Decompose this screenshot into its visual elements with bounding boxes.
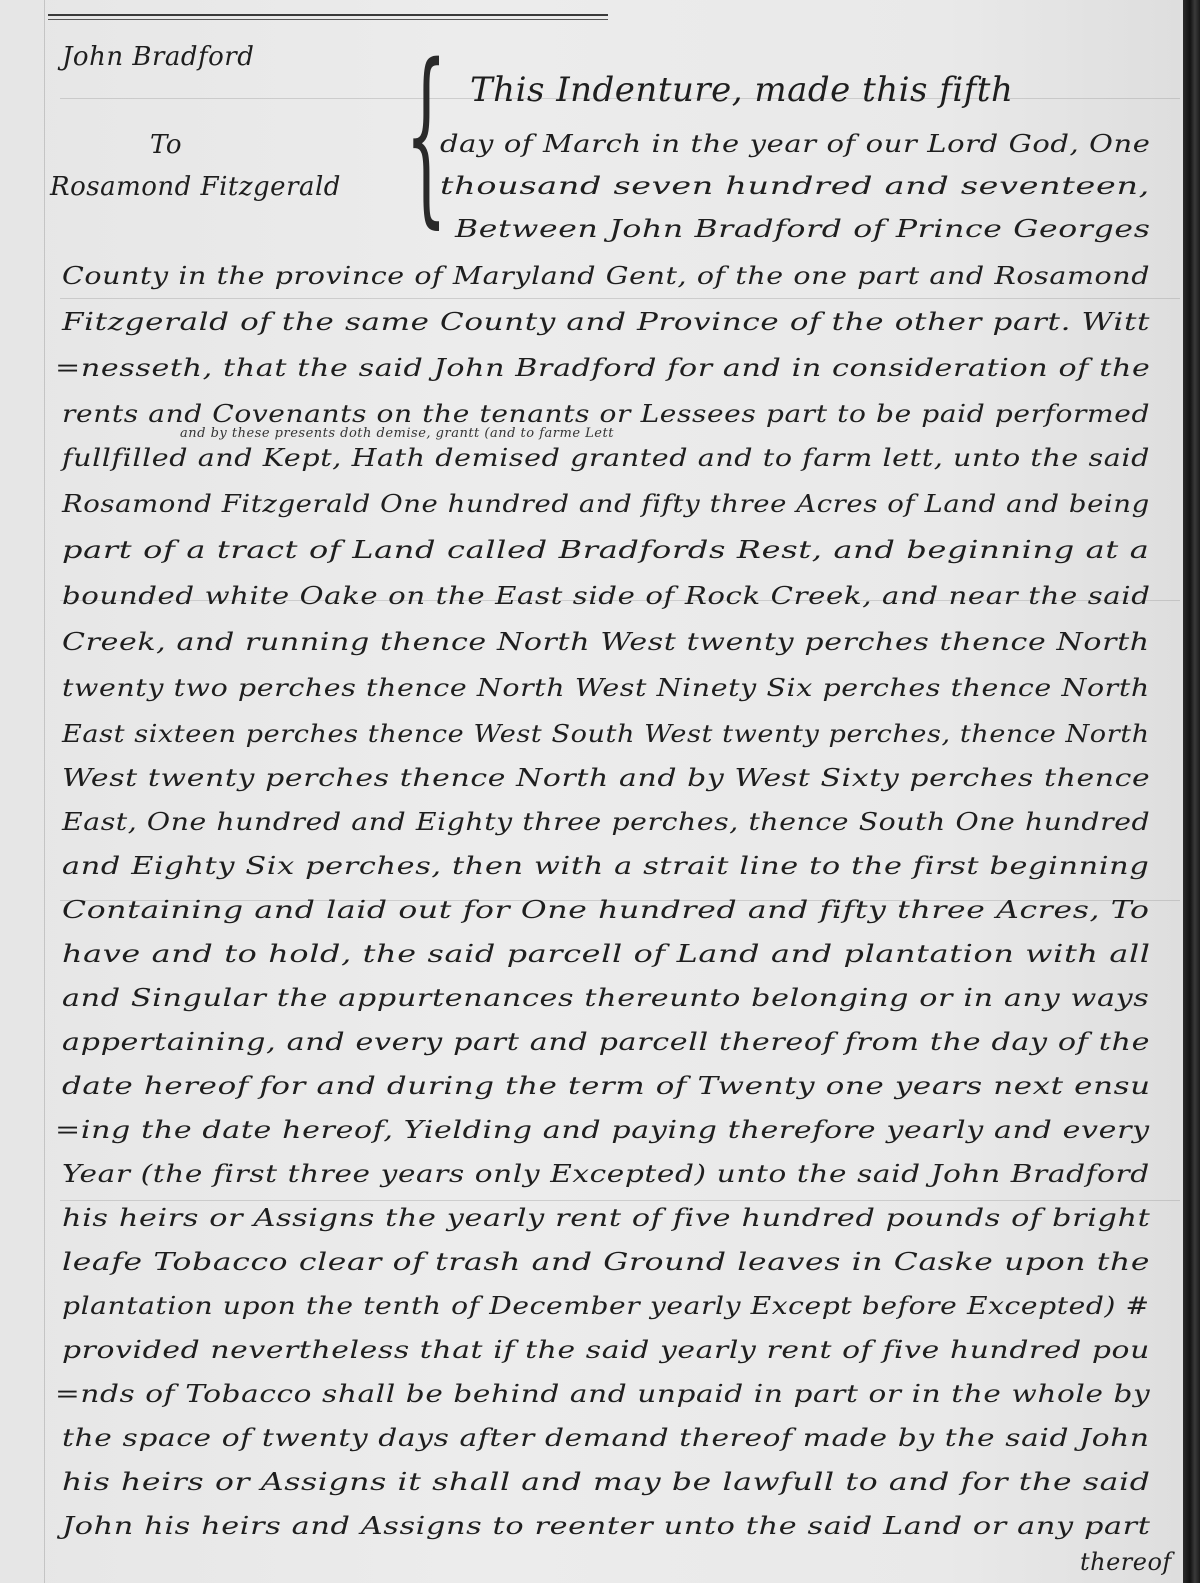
catchword: thereof (1080, 1548, 1172, 1576)
text-line: provided nevertheless that if the said y… (62, 1336, 1150, 1364)
text-line: twenty two perches thence North West Nin… (62, 674, 1150, 702)
text-line: John his heirs and Assigns to reenter un… (62, 1512, 1151, 1540)
manuscript-page: John Bradford To Rosamond Fitzgerald { T… (0, 0, 1183, 1583)
text-line: Year (the first three years only Excepte… (62, 1160, 1150, 1188)
text-line: date hereof for and during the term of T… (62, 1072, 1151, 1100)
text-line: thousand seven hundred and seventeen, (440, 172, 1150, 200)
text-line: =nds of Tobacco shall be behind and unpa… (55, 1380, 1150, 1408)
text-line: his heirs or Assigns the yearly rent of … (62, 1204, 1150, 1232)
text-line: East sixteen perches thence West South W… (62, 720, 1150, 748)
top-double-rule (48, 14, 608, 20)
text-line: day of March in the year of our Lord God… (440, 130, 1151, 158)
text-line: County in the province of Maryland Gent,… (62, 262, 1150, 290)
text-line: bounded white Oake on the East side of R… (62, 582, 1151, 610)
text-line: his heirs or Assigns it shall and may be… (62, 1468, 1150, 1496)
grantee-name: Rosamond Fitzgerald (50, 172, 341, 202)
grantor-name: John Bradford (62, 42, 254, 72)
text-line: rents and Covenants on the tenants or Le… (62, 400, 1150, 428)
text-line: plantation upon the tenth of December ye… (62, 1292, 1150, 1320)
book-binding-edge (1183, 0, 1200, 1583)
text-line: East, One hundred and Eighty three perch… (62, 808, 1150, 836)
text-line: Creek, and running thence North West twe… (62, 628, 1150, 656)
text-line: part of a tract of Land called Bradfords… (62, 536, 1149, 564)
text-line: Rosamond Fitzgerald One hundred and fift… (62, 490, 1150, 518)
text-line: and Singular the appurtenances thereunto… (62, 984, 1149, 1012)
text-line: West twenty perches thence North and by … (62, 764, 1150, 792)
brace-symbol: { (405, 40, 419, 230)
text-line: =ing the date hereof, Yielding and payin… (55, 1116, 1150, 1144)
ruled-line (60, 298, 1180, 299)
text-line: appertaining, and every part and parcell… (62, 1028, 1150, 1056)
interlinear-insertion: and by these presents doth demise, grant… (180, 426, 614, 441)
text-line: have and to hold, the said parcell of La… (62, 940, 1151, 968)
text-line: Between John Bradford of Prince Georges (455, 215, 1151, 243)
text-line: leafe Tobacco clear of trash and Ground … (62, 1248, 1150, 1276)
text-line: Fitzgerald of the same County and Provin… (62, 308, 1150, 336)
text-line: fullfilled and Kept, Hath demised grante… (62, 444, 1150, 472)
text-line: Containing and laid out for One hundred … (62, 896, 1150, 924)
opening-line: This Indenture, made this fifth (470, 70, 1013, 110)
text-line: and Eighty Six perches, then with a stra… (62, 852, 1149, 880)
text-line: the space of twenty days after demand th… (62, 1424, 1150, 1452)
text-line: =nesseth, that the said John Bradford fo… (55, 354, 1150, 382)
margin-rule (44, 0, 45, 1583)
ruled-line (60, 1200, 1180, 1201)
to-label: To (150, 130, 182, 160)
